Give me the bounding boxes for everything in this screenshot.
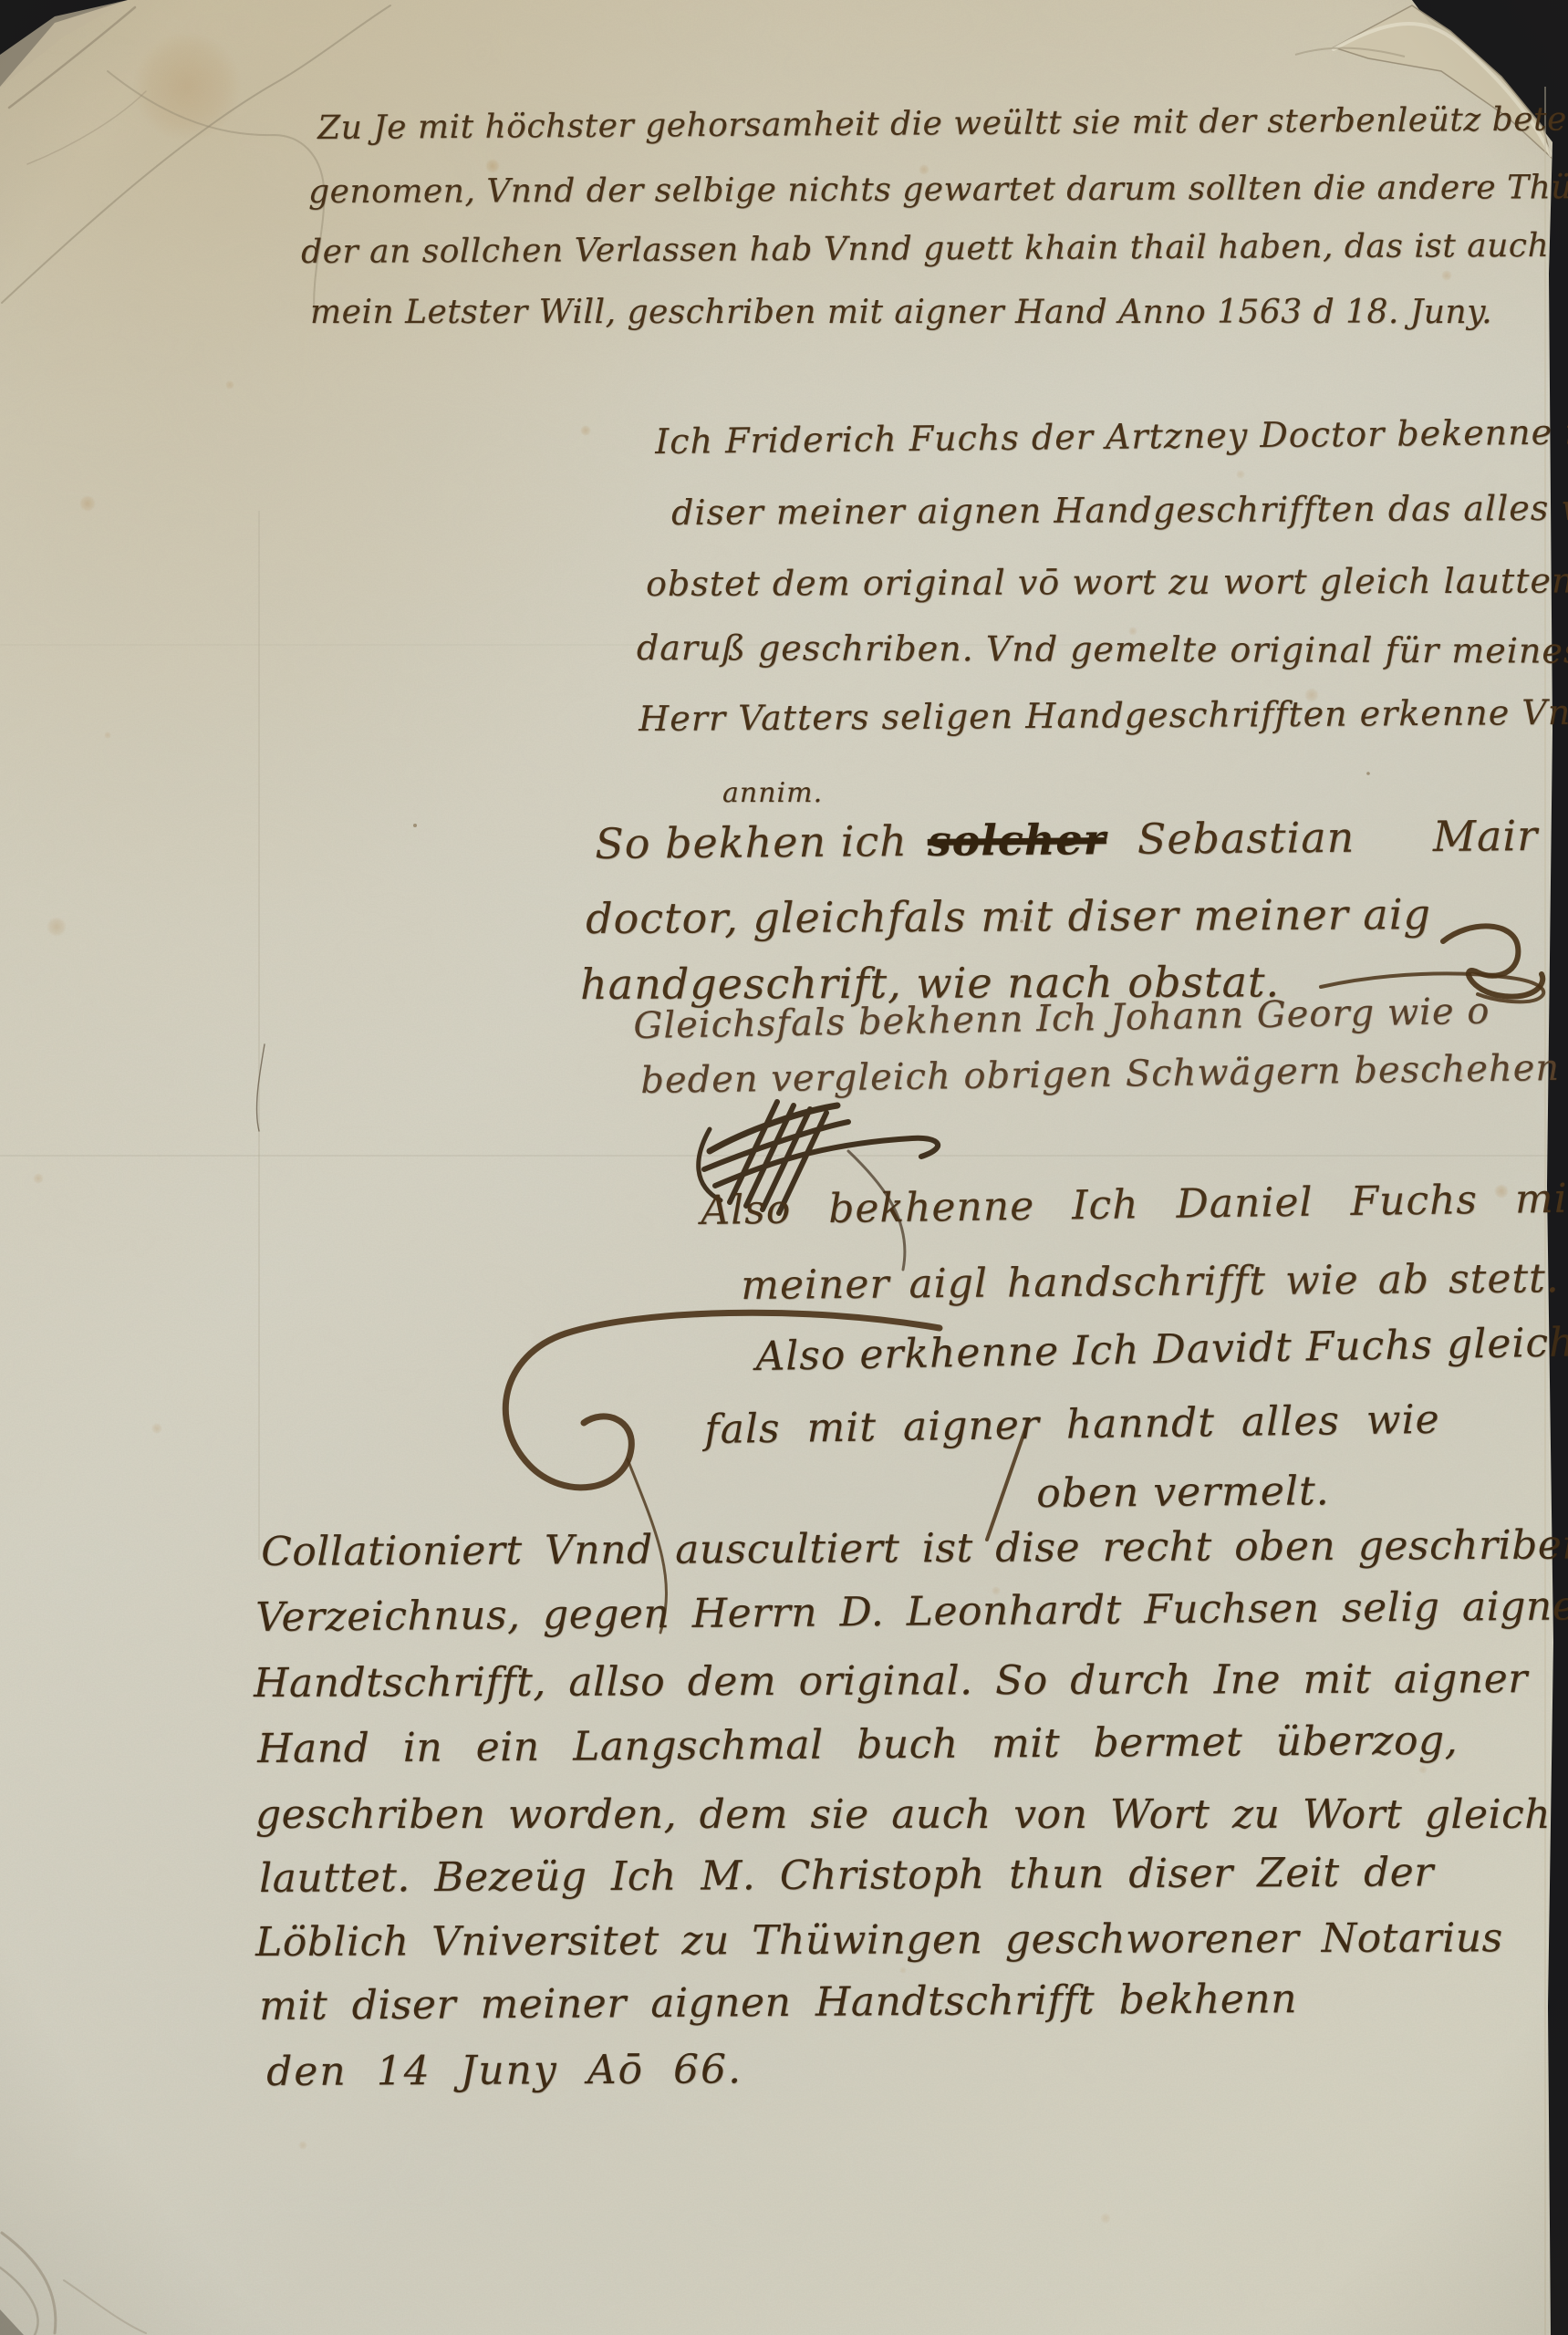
line-friderich-1: Ich Friderich Fuchs der Artzney Doctor b… (655, 411, 1568, 462)
line-notary-7: Löblich Vniversitet zu Thüwingen geschwo… (255, 1915, 1503, 1966)
line-notary-6: lauttet. Bezeüg Ich M. Christoph thun di… (259, 1849, 1434, 1902)
line-notary-5: geschriben worden, dem sie auch von Wort… (255, 1791, 1551, 1838)
line-davidt-1: Also erkhenne Ich Davidt Fuchs gleichs,, (755, 1318, 1568, 1380)
line-sebastian-prefix: So bekhen ich (595, 816, 908, 868)
line-testament-2: genomen, Vnnd der selbige nichts gewarte… (308, 169, 1568, 211)
line-testament-4: mein Letster Will, geschriben mit aigner… (310, 294, 1492, 331)
line-friderich-6: annim. (722, 777, 823, 809)
line-testament-1: Zu Je mit höchster gehorsamheit die weül… (317, 100, 1568, 147)
worn-corner-bottom-left (0, 2233, 146, 2335)
line-notary-8: mit diser meiner aignen Handtschrifft be… (259, 1976, 1297, 2029)
line-daniel-2: meiner aigl handschrifft wie ab stett. (741, 1255, 1560, 1309)
line-johann-2: beden vergleich obrigen Schwägern besche… (640, 1047, 1560, 1102)
struck-word: solcher (928, 815, 1106, 866)
line-sebastian-2: doctor, gleichfals mit diser meiner aig (586, 889, 1431, 943)
line-notary-3: Handtschrifft, allso dem original. So du… (254, 1655, 1528, 1707)
line-notary-2: Verzeichnus, gegen Herrn D. Leonhardt Fu… (255, 1583, 1568, 1641)
line-friderich-5: Herr Vatters seligen Handgeschrifften er… (639, 692, 1568, 739)
manuscript-scan: Zu Je mit höchster gehorsamheit die weül… (0, 0, 1568, 2335)
line-davidt-3: oben vermelt. (1036, 1468, 1330, 1517)
line-notary-9: den 14 Juny Aō 66. (266, 2046, 742, 2095)
line-notary-4: Hand in ein Langschmal buch mit bermet ü… (257, 1718, 1458, 1772)
line-notary-1: Collationiert Vnnd auscultiert ist dise … (261, 1521, 1568, 1575)
line-daniel-1: Also bekhenne Ich Daniel Fuchs mit (701, 1175, 1568, 1234)
torn-corner-top-left (0, 0, 390, 321)
line-davidt-2: fals mit aigner hanndt alles wie (704, 1396, 1440, 1453)
line-testament-3: der an sollchen Verlassen hab Vnnd guett… (301, 227, 1549, 271)
line-friderich-3: obstet dem original vō wort zu wort glei… (646, 560, 1568, 604)
line-sebastian-name: Sebastian Mair (1137, 811, 1539, 864)
line-sebastian-1: So bekhen ichsolcherSebastian Mair (595, 811, 1538, 868)
line-friderich-2: diser meiner aignen Handgeschrifften das… (671, 487, 1568, 533)
line-friderich-4: daruß geschriben. Vnd gemelte original f… (637, 628, 1568, 671)
